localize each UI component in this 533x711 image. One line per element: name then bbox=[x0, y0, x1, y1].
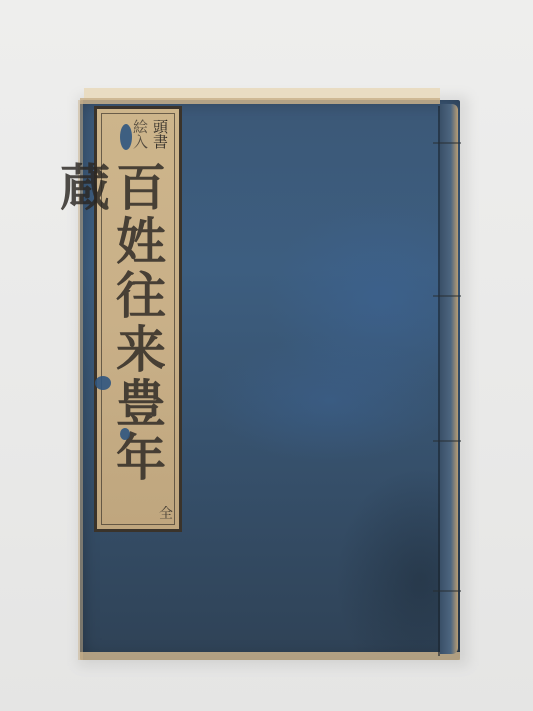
cover-wear-top bbox=[80, 98, 440, 104]
label-stain bbox=[95, 376, 111, 390]
title-header-left: 絵入 bbox=[132, 119, 147, 149]
binding-spine bbox=[440, 104, 458, 654]
label-stain bbox=[120, 124, 132, 150]
binding-thread bbox=[433, 295, 461, 297]
volume-mark: 全 bbox=[159, 503, 173, 523]
binding-thread bbox=[433, 142, 461, 144]
binding-thread bbox=[433, 590, 461, 592]
book-title: 百姓往来豊年蔵 bbox=[109, 161, 165, 529]
title-slip-label: 頭書 絵入 百姓往来豊年蔵 全 bbox=[94, 106, 182, 532]
title-header-right: 頭書 bbox=[152, 119, 167, 149]
binding-thread bbox=[433, 440, 461, 442]
title-slip-header: 頭書 絵入 bbox=[105, 115, 171, 155]
cover-wear-bottom bbox=[80, 652, 460, 660]
binding-fold-line bbox=[438, 106, 440, 656]
label-stain bbox=[120, 428, 130, 440]
